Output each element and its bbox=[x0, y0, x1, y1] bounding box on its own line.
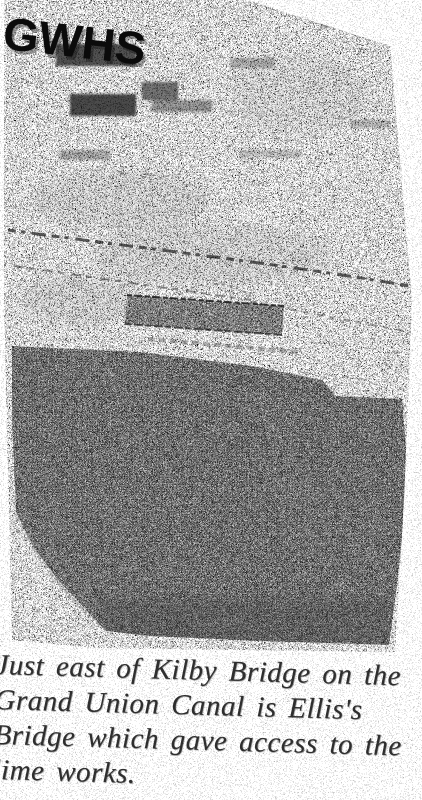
scanned-page: GWHS Just east of Kilby Bridge on the Gr… bbox=[0, 0, 422, 800]
photo-caption: Just east of Kilby Bridge on the Grand U… bbox=[0, 648, 422, 800]
